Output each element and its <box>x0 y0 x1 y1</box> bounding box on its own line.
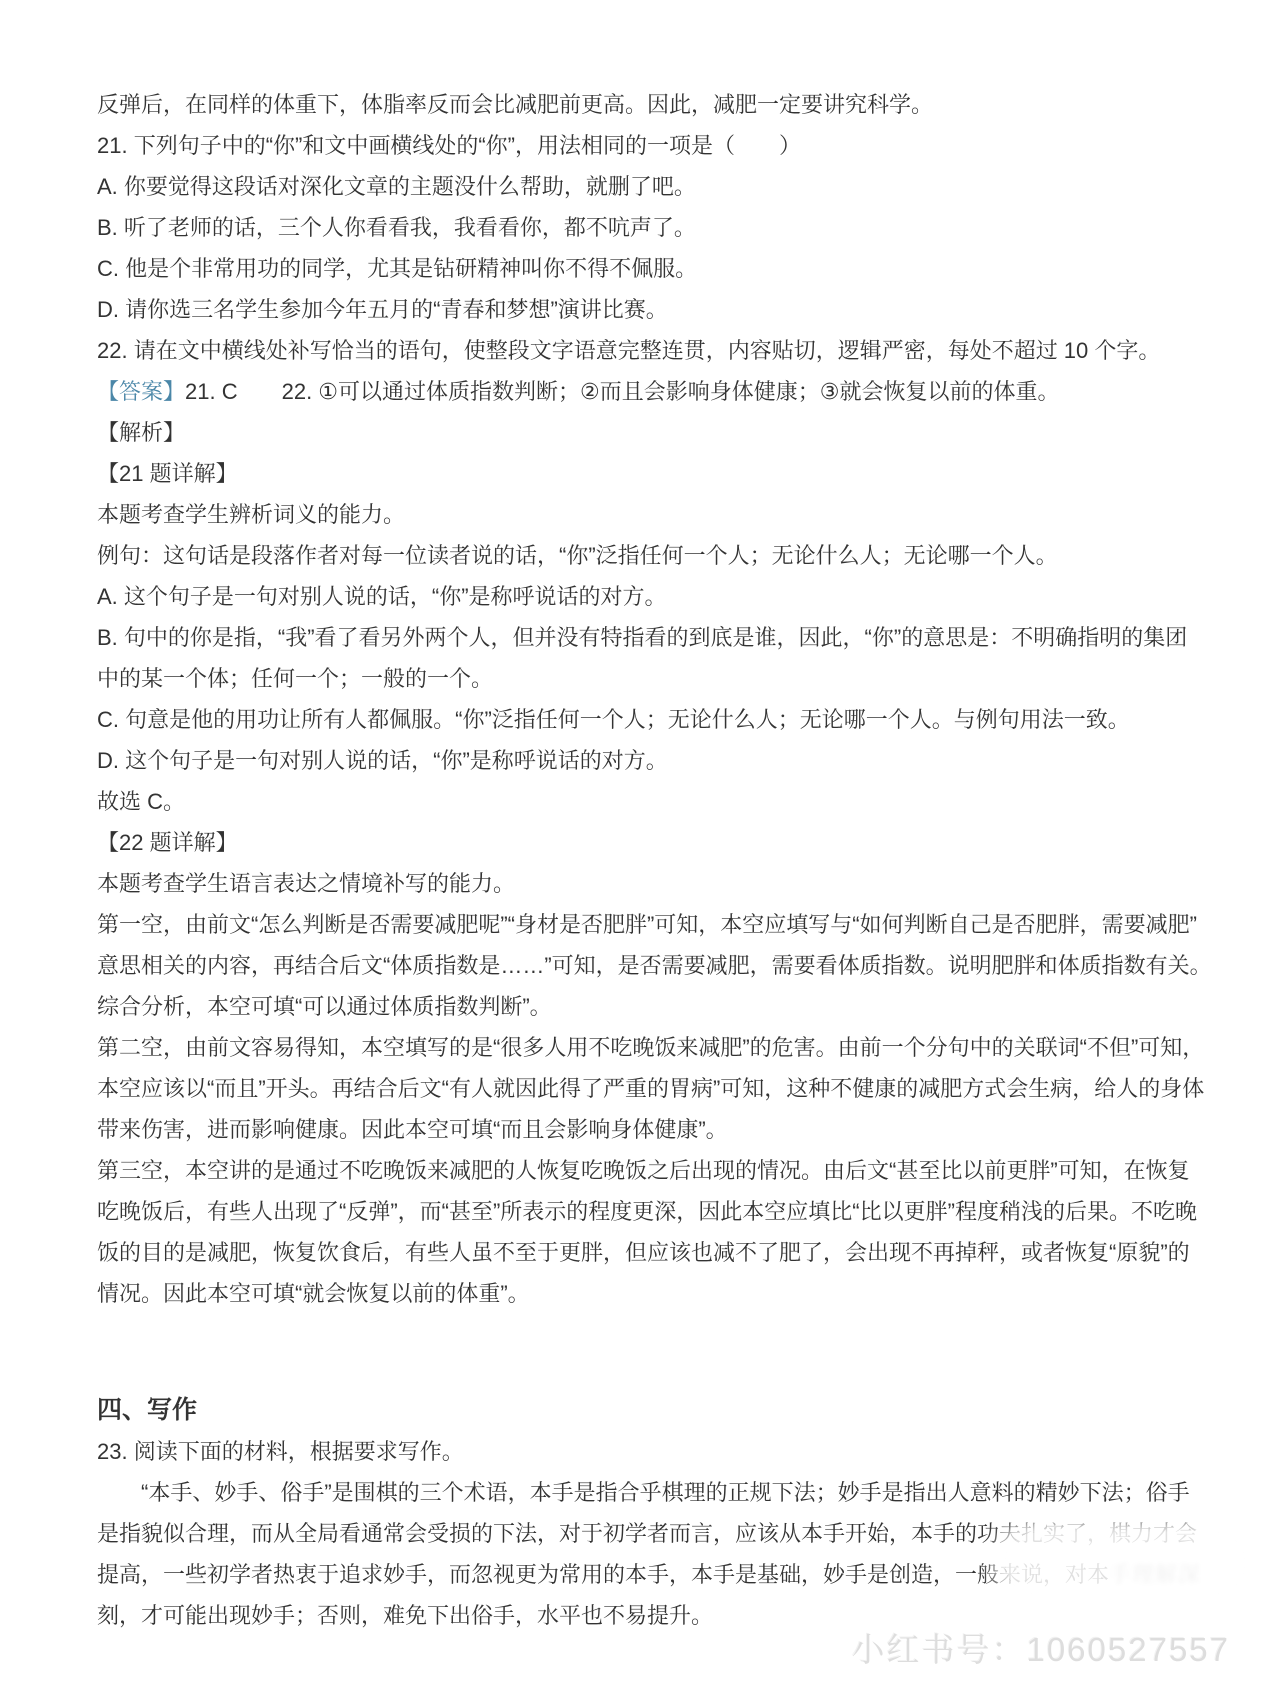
section-4-writing-heading: 四、写作 <box>97 1390 1202 1431</box>
detail-22-line: 意思相关的内容，再结合后文“体质指数是……”可知，是否需要减肥，需要看体质指数。… <box>97 945 1202 986</box>
xiaohongshu-id-watermark: 小红书号：1060527557 <box>851 1624 1230 1671</box>
answer-line: 【答案】21. C 22. ①可以通过体质指数判断；②而且会影响身体健康；③就会… <box>97 371 1202 412</box>
detail-21-heading: 【21 题详解】 <box>97 453 1202 494</box>
question-23-stem: 23. 阅读下面的材料，根据要求写作。 <box>97 1431 1202 1472</box>
detail-21-conclusion: 故选 C。 <box>97 781 1202 822</box>
smudged-text: 手理解深 <box>1109 1562 1201 1587</box>
detail-22-line: 综合分析，本空可填“可以通过体质指数判断”。 <box>97 986 1202 1027</box>
material-line: “本手、妙手、俗手”是围棋的三个术语，本手是指合乎棋理的正规下法；妙手是指出人意… <box>97 1472 1202 1513</box>
intro-continuation-line: 反弹后，在同样的体重下，体脂率反而会比减肥前更高。因此，减肥一定要讲究科学。 <box>97 84 1202 125</box>
detail-22-line: 第一空，由前文“怎么判断是否需要减肥呢”“身材是否肥胖”可知，本空应填写与“如何… <box>97 904 1202 945</box>
detail-22-line: 本题考查学生语言表达之情境补写的能力。 <box>97 863 1202 904</box>
detail-22-line: 第三空，本空讲的是通过不吃晚饭来减肥的人恢复吃晚饭之后出现的情况。由后文“甚至比… <box>97 1150 1202 1191</box>
detail-21-line: 本题考查学生辨析词义的能力。 <box>97 494 1202 535</box>
detail-22-line: 带来伤害，进而影响健康。因此本空可填“而且会影响身体健康”。 <box>97 1109 1202 1150</box>
material-line: 是指貌似合理，而从全局看通常会受损的下法，对于初学者而言，应该从本手开始，本手的… <box>97 1513 1202 1554</box>
detail-21-line: B. 句中的你是指，“我”看了看另外两个人，但并没有特指看的到底是谁，因此，“你… <box>97 617 1202 658</box>
question-21-option-d: D. 请你选三名学生参加今年五月的“青春和梦想”演讲比赛。 <box>97 289 1202 330</box>
detail-22-line: 饭的目的是减肥，恢复饮食后，有些人虽不至于更胖，但应该也减不了肥了，会出现不再掉… <box>97 1232 1202 1273</box>
document-text-block: 反弹后，在同样的体重下，体脂率反而会比减肥前更高。因此，减肥一定要讲究科学。 2… <box>97 84 1202 1636</box>
material-text: 提高，一些初学者热衷于追求妙手，而忽视更为常用的本手，本手是基础，妙手是创造，一… <box>97 1562 1109 1587</box>
detail-21-line: 例句：这句话是段落作者对每一位读者说的话，“你”泛指任何一个人；无论什么人；无论… <box>97 535 1202 576</box>
answer-label: 【答案】 <box>97 379 185 404</box>
detail-22-line: 第二空，由前文容易得知，本空填写的是“很多人用不吃晚饭来减肥”的危害。由前一个分… <box>97 1027 1202 1068</box>
question-22-stem: 22. 请在文中横线处补写恰当的语句，使整段文字语意完整连贯，内容贴切，逻辑严密… <box>97 330 1202 371</box>
question-21-option-a: A. 你要觉得这段话对深化文章的主题没什么帮助，就删了吧。 <box>97 166 1202 207</box>
detail-22-heading: 【22 题详解】 <box>97 822 1202 863</box>
detail-21-line: 中的某一个体；任何一个；一般的一个。 <box>97 658 1202 699</box>
question-21-option-b: B. 听了老师的话，三个人你看看我，我看看你，都不吭声了。 <box>97 207 1202 248</box>
detail-22-line: 吃晚饭后，有些人出现了“反弹”，而“甚至”所表示的程度更深，因此本空应填比“比以… <box>97 1191 1202 1232</box>
question-21-option-c: C. 他是个非常用功的同学，尤其是钻研精神叫你不得不佩服。 <box>97 248 1202 289</box>
detail-22-line: 情况。因此本空可填“就会恢复以前的体重”。 <box>97 1273 1202 1314</box>
detail-21-line: C. 句意是他的用功让所有人都佩服。“你”泛指任何一个人；无论什么人；无论哪一个… <box>97 699 1202 740</box>
detail-22-line: 本空应该以“而且”开头。再结合后文“有人就因此得了严重的胃病”可知，这种不健康的… <box>97 1068 1202 1109</box>
detail-21-line: A. 这个句子是一句对别人说的话，“你”是称呼说话的对方。 <box>97 576 1202 617</box>
answer-text: 21. C 22. ①可以通过体质指数判断；②而且会影响身体健康；③就会恢复以前… <box>185 379 1059 404</box>
exam-answer-document-page: 反弹后，在同样的体重下，体脂率反而会比减肥前更高。因此，减肥一定要讲究科学。 2… <box>0 0 1280 1708</box>
question-21-stem: 21. 下列句子中的“你”和文中画横线处的“你”，用法相同的一项是（ ） <box>97 125 1202 166</box>
detail-21-line: D. 这个句子是一句对别人说的话，“你”是称呼说话的对方。 <box>97 740 1202 781</box>
analysis-label: 【解析】 <box>97 412 1202 453</box>
material-line-with-smudge: 提高，一些初学者热衷于追求妙手，而忽视更为常用的本手，本手是基础，妙手是创造，一… <box>97 1554 1202 1595</box>
